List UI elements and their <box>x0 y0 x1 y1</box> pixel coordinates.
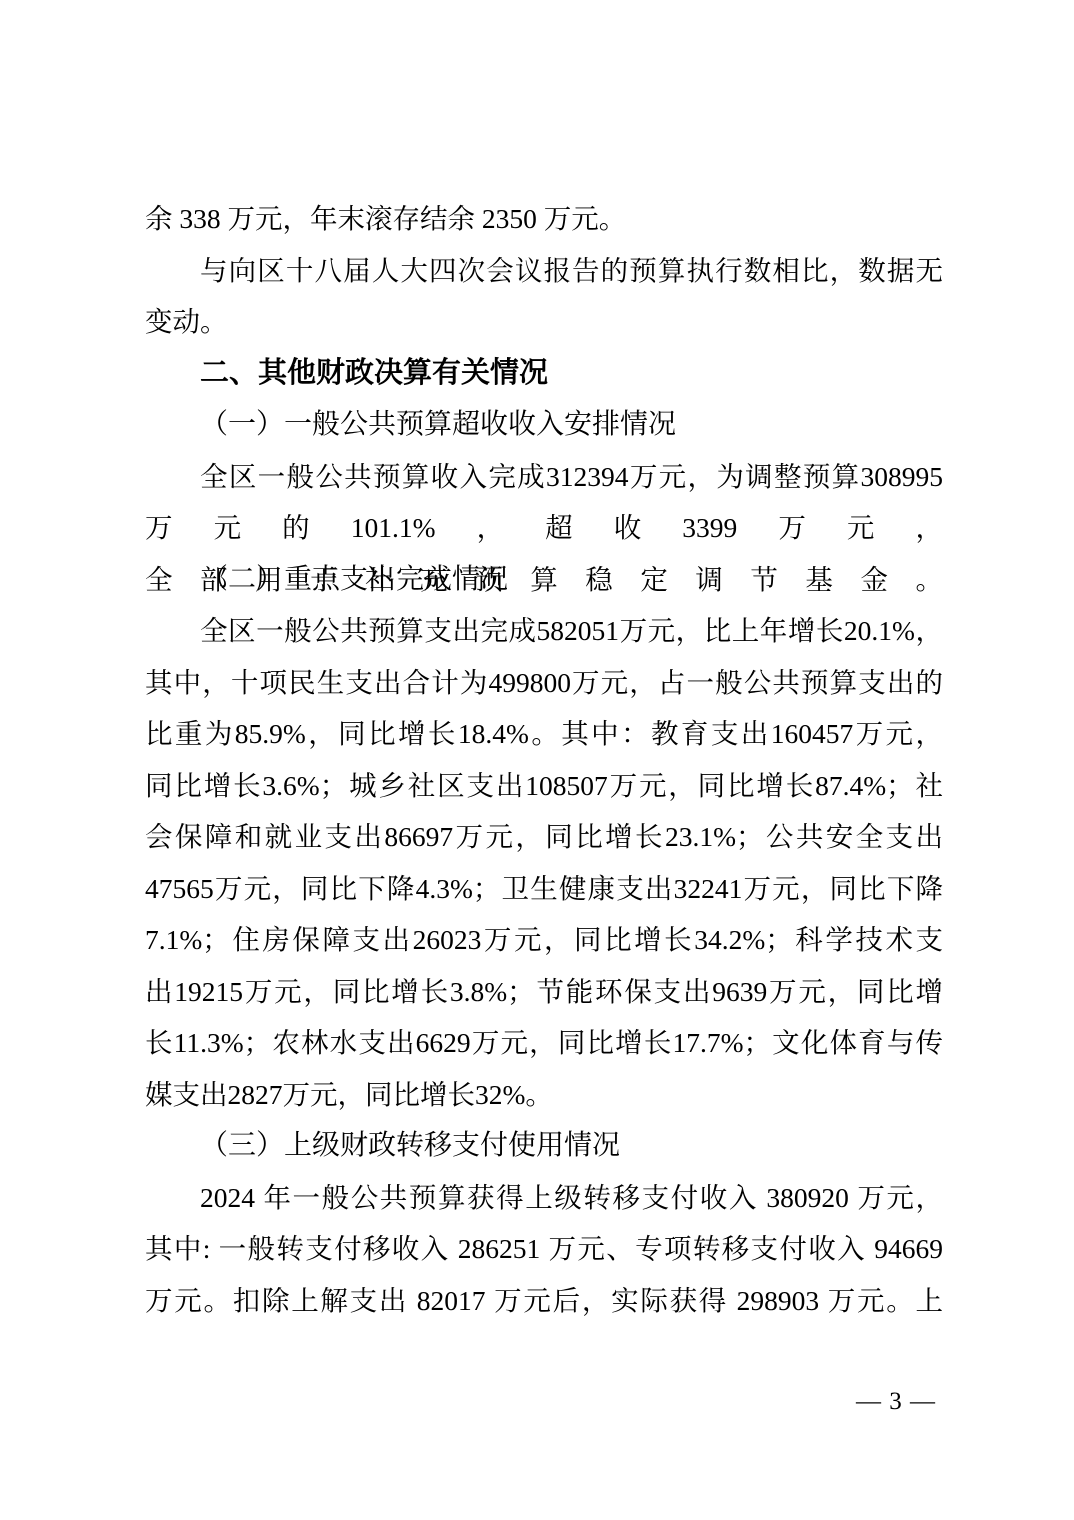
subsection-heading: （三）上级财政转移支付使用情况 <box>145 1120 943 1172</box>
section-heading: 二、其他财政决算有关情况 <box>145 348 943 400</box>
text-line: 47565万元，同比下降4.3%；卫生健康支出32241万元，同比下降 <box>145 863 943 915</box>
text-line: 比重为85.9%，同比增长18.4%。其中：教育支出160457万元， <box>145 708 943 760</box>
text-line: 万元。扣除上解支出 82017 万元后，实际获得 298903 万元。上 <box>145 1275 943 1327</box>
text-block: 余 338 万元，年末滚存结余 2350 万元。 与向区十八届人大四次会议报告的… <box>145 193 943 1326</box>
text-line: 2024 年一般公共预算获得上级转移支付收入 380920 万元， <box>145 1172 943 1224</box>
text-line: 变动。 <box>145 296 943 348</box>
text-line: 其中: 一般转支付移收入 286251 万元、专项转移支付收入 94669 <box>145 1223 943 1275</box>
text-line: 万元的101.1%，超收3399万元，全部用于补充预算稳定调节基金。 <box>145 502 943 554</box>
text-line: 长11.3%；农林水支出6629万元，同比增长17.7%；文化体育与传 <box>145 1017 943 1069</box>
text-line: 出19215万元，同比增长3.8%；节能环保支出9639万元，同比增 <box>145 966 943 1018</box>
text-line: 全区一般公共预算收入完成312394万元，为调整预算308995 <box>145 451 943 503</box>
text-line: 同比增长3.6%；城乡社区支出108507万元，同比增长87.4%；社 <box>145 760 943 812</box>
text-line: 会保障和就业支出86697万元，同比增长23.1%；公共安全支出 <box>145 811 943 863</box>
text-line: 余 338 万元，年末滚存结余 2350 万元。 <box>145 193 943 245</box>
page-number: — 3 — <box>836 1387 956 1417</box>
text-line: 其中，十项民生支出合计为499800万元，占一般公共预算支出的 <box>145 657 943 709</box>
text-line: 7.1%；住房保障支出26023万元，同比增长34.2%；科学技术支 <box>145 914 943 966</box>
document-page: 余 338 万元，年末滚存结余 2350 万元。 与向区十八届人大四次会议报告的… <box>0 0 1074 1520</box>
text-line: 与向区十八届人大四次会议报告的预算执行数相比，数据无 <box>145 245 943 297</box>
text-line: 全区一般公共预算支出完成582051万元，比上年增长20.1%， <box>145 605 943 657</box>
subsection-heading: （一）一般公共预算超收收入安排情况 <box>145 399 943 451</box>
text-line: 媒支出2827万元，同比增长32%。 <box>145 1069 943 1121</box>
